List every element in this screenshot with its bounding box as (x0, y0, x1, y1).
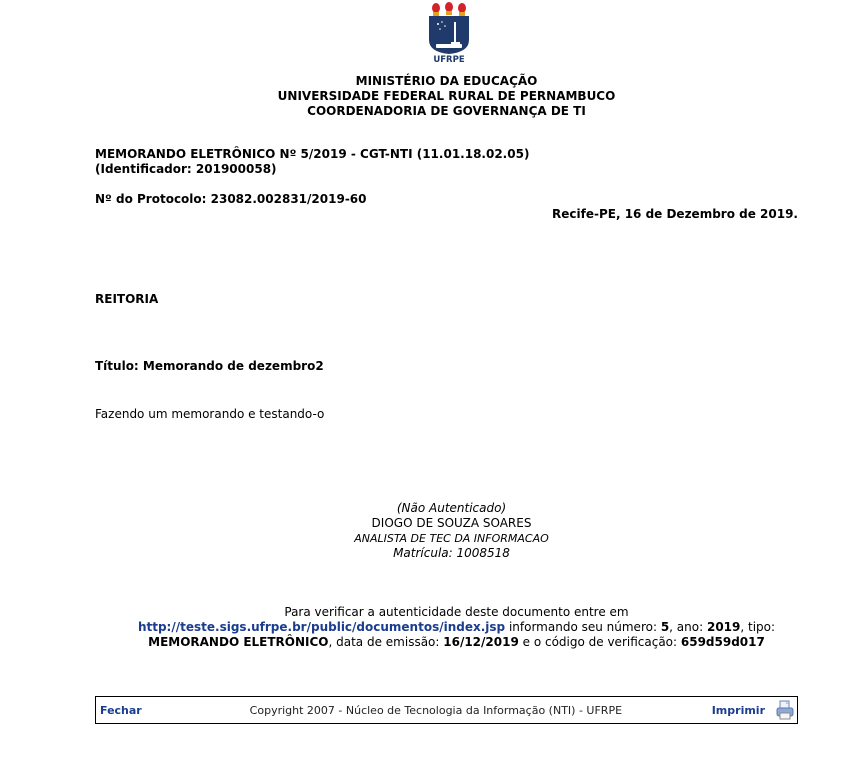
memo-date: Recife-PE, 16 de Dezembro de 2019. (552, 207, 798, 222)
close-button[interactable]: Fechar (100, 704, 220, 717)
memo-subject: Título: Memorando de dezembro2 (95, 359, 324, 374)
verification-text: , tipo: (740, 620, 775, 634)
memo-recipient: REITORIA (95, 292, 158, 307)
verification-text: informando seu número: (505, 620, 661, 634)
print-button[interactable]: Imprimir (712, 704, 765, 717)
signature-block: (Não Autenticado) DIOGO DE SOUZA SOARES … (95, 501, 808, 561)
verification-type: MEMORANDO ELETRÔNICO (148, 635, 328, 649)
printer-icon[interactable] (775, 700, 795, 720)
document-header: MINISTÉRIO DA EDUCAÇÃO UNIVERSIDADE FEDE… (95, 74, 798, 119)
signer-role: ANALISTA DE TEC DA INFORMACAO (95, 531, 808, 546)
header-university: UNIVERSIDADE FEDERAL RURAL DE PERNAMBUCO (95, 89, 798, 104)
verification-link[interactable]: http://teste.sigs.ufrpe.br/public/docume… (138, 620, 505, 634)
verification-number: 5 (661, 620, 669, 634)
verification-line-2: http://teste.sigs.ufrpe.br/public/docume… (60, 620, 853, 635)
memo-body: Fazendo um memorando e testando-o (95, 407, 324, 422)
footer-bar: Fechar Copyright 2007 - Núcleo de Tecnol… (95, 696, 798, 724)
header-department: COORDENADORIA DE GOVERNANÇA DE TI (95, 104, 798, 119)
memo-title: MEMORANDO ELETRÔNICO Nº 5/2019 - CGT-NTI… (95, 147, 529, 177)
signer-matricula: Matrícula: 1008518 (95, 546, 808, 561)
verification-notice: Para verificar a autenticidade deste doc… (60, 605, 853, 650)
verification-line-3: MEMORANDO ELETRÔNICO, data de emissão: 1… (60, 635, 853, 650)
verification-text: , ano: (669, 620, 707, 634)
memo-identifier: (Identificador: 201900058) (95, 162, 529, 177)
signature-status: (Não Autenticado) (95, 501, 808, 516)
verification-intro: Para verificar a autenticidade deste doc… (60, 605, 853, 620)
verification-date: 16/12/2019 (443, 635, 519, 649)
ufrpe-logo: UFRPE (424, 2, 474, 64)
verification-year: 2019 (707, 620, 740, 634)
protocol-number: Nº do Protocolo: 23082.002831/2019-60 (95, 192, 367, 207)
memo-number: MEMORANDO ELETRÔNICO Nº 5/2019 - CGT-NTI… (95, 147, 529, 162)
ufrpe-crest-icon: UFRPE (424, 2, 474, 64)
copyright-text: Copyright 2007 - Núcleo de Tecnologia da… (220, 704, 652, 717)
verification-code: 659d59d017 (681, 635, 765, 649)
verification-text: e o código de verificação: (519, 635, 681, 649)
header-ministry: MINISTÉRIO DA EDUCAÇÃO (95, 74, 798, 89)
verification-text: , data de emissão: (329, 635, 444, 649)
svg-text:UFRPE: UFRPE (433, 55, 464, 64)
signer-name: DIOGO DE SOUZA SOARES (95, 516, 808, 531)
